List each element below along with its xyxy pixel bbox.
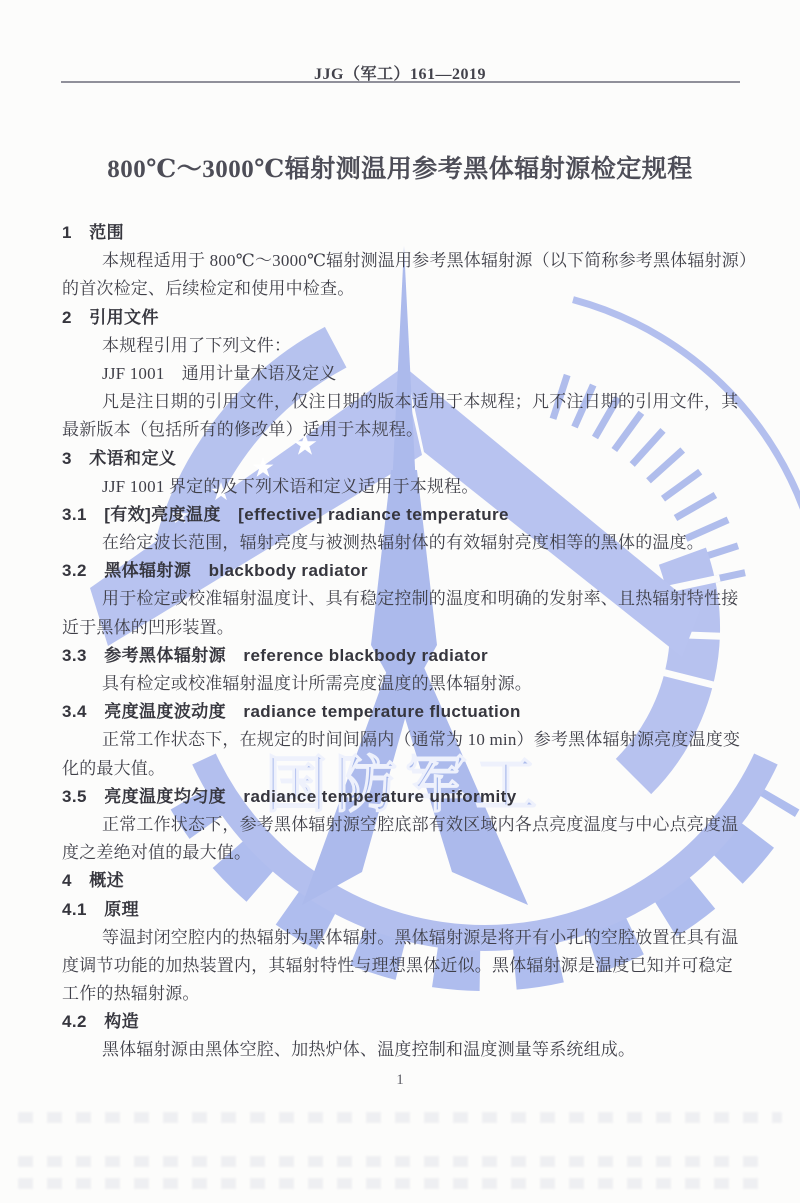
- section-heading: 4.1 原理: [62, 896, 746, 924]
- bleedthrough-artifact: [18, 1112, 782, 1123]
- section-heading: 3.2 黑体辐射源 blackbody radiator: [62, 557, 746, 585]
- section-heading: 3.1 [有效]亮度温度 [effective] radiance temper…: [62, 501, 746, 529]
- body-line: 等温封闭空腔内的热辐射为黑体辐射。黑体辐射源是将开有小孔的空腔放置在具有温: [62, 924, 746, 952]
- body-line: 用于检定或校准辐射温度计、具有稳定控制的温度和明确的发射率、且热辐射特性接: [62, 585, 746, 613]
- body-line: 度调节功能的加热装置内，其辐射特性与理想黑体近似。黑体辐射源是温度已知并可稳定: [62, 952, 746, 980]
- section-heading: 3 术语和定义: [62, 445, 746, 473]
- body-line: 化的最大值。: [62, 755, 746, 783]
- body-line: JJF 1001 界定的及下列术语和定义适用于本规程。: [62, 473, 746, 501]
- section-heading: 3.3 参考黑体辐射源 reference blackbody radiator: [62, 642, 746, 670]
- page-number: 1: [0, 1072, 800, 1089]
- body-line: 正常工作状态下，参考黑体辐射源空腔底部有效区域内各点亮度温度与中心点亮度温: [62, 811, 746, 839]
- body-line: 本规程适用于 800℃～3000℃辐射测温用参考黑体辐射源（以下简称参考黑体辐射…: [62, 247, 746, 275]
- body-line: 的首次检定、后续检定和使用中检查。: [62, 275, 746, 303]
- document-page: 国防军工 JJG（军工）161—2019 800℃～3000℃辐射测温用参考黑体…: [0, 0, 800, 1203]
- section-heading: 2 引用文件: [62, 304, 746, 332]
- section-heading: 4.2 构造: [62, 1008, 746, 1036]
- body-line: 在给定波长范围，辐射亮度与被测热辐射体的有效辐射亮度相等的黑体的温度。: [62, 529, 746, 557]
- body-line: 凡是注日期的引用文件，仅注日期的版本适用于本规程；凡不注日期的引用文件，其: [62, 388, 746, 416]
- body-line: 黑体辐射源由黑体空腔、加热炉体、温度控制和温度测量等系统组成。: [62, 1036, 746, 1064]
- doc-title: 800℃～3000℃辐射测温用参考黑体辐射源检定规程: [0, 149, 800, 185]
- body-line: 具有检定或校准辐射温度计所需亮度温度的黑体辐射源。: [62, 670, 746, 698]
- body-line: 本规程引用了下列文件：: [62, 332, 746, 360]
- page-content: JJG（军工）161—2019 800℃～3000℃辐射测温用参考黑体辐射源检定…: [0, 0, 800, 1203]
- section-heading: 1 范围: [62, 219, 746, 247]
- body-line: 正常工作状态下，在规定的时间间隔内（通常为 10 min）参考黑体辐射源亮度温度…: [62, 726, 746, 754]
- bleedthrough-artifact: [18, 1156, 758, 1167]
- header-rule: [61, 81, 740, 83]
- body-line: 工作的热辐射源。: [62, 980, 746, 1008]
- body-line: 度之差绝对值的最大值。: [62, 839, 746, 867]
- body-line: 最新版本（包括所有的修改单）适用于本规程。: [62, 416, 746, 444]
- section-heading: 4 概述: [62, 867, 746, 895]
- bleedthrough-artifact: [18, 1178, 770, 1189]
- body-line: JJF 1001 通用计量术语及定义: [62, 360, 746, 388]
- body-lines: 1 范围 本规程适用于 800℃～3000℃辐射测温用参考黑体辐射源（以下简称参…: [62, 219, 746, 1065]
- body-line: 近于黑体的凹形装置。: [62, 614, 746, 642]
- section-heading: 3.5 亮度温度均匀度 radiance temperature uniform…: [62, 783, 746, 811]
- section-heading: 3.4 亮度温度波动度 radiance temperature fluctua…: [62, 698, 746, 726]
